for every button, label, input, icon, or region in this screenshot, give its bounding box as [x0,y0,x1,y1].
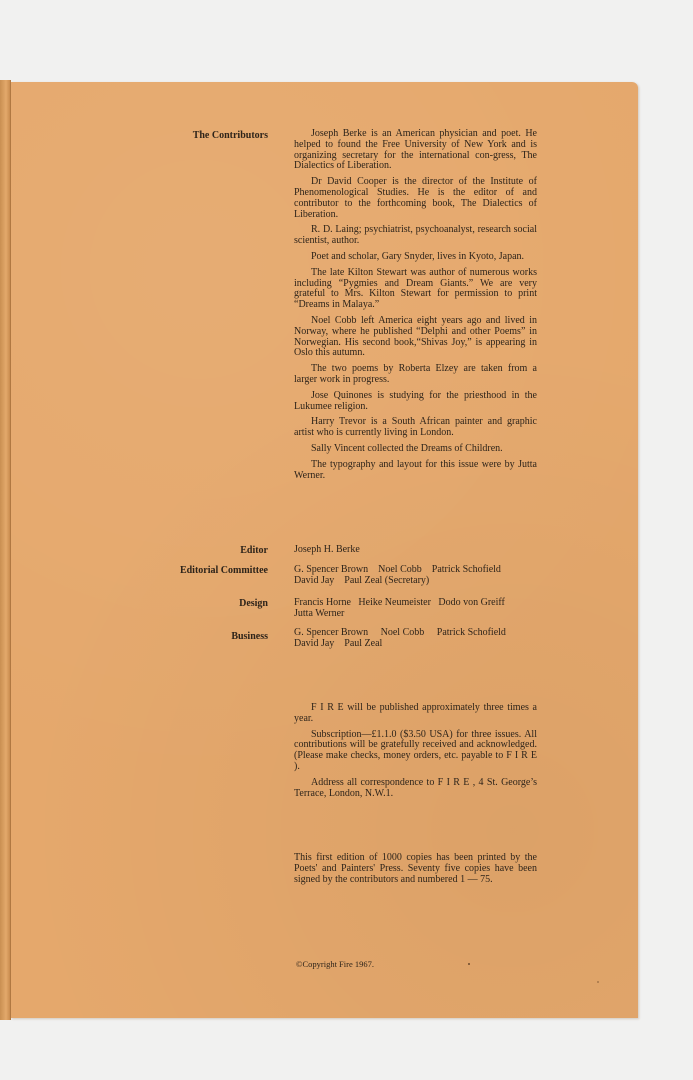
paper-speck [468,963,470,965]
contributor-bio: Poet and scholar, Gary Snyder, lives in … [294,252,537,263]
paper-speck [597,981,599,983]
business-label: Business [231,631,268,642]
contributor-bio: The two poems by Roberta Elzey are taken… [294,364,537,386]
contributor-bio: Harry Trevor is a South African painter … [294,417,537,439]
design-label: Design [239,598,268,609]
contributors-heading: The Contributors [193,130,268,141]
contributor-bio: Jose Quinones is studying for the priest… [294,391,537,413]
magazine-page: The Contributors Joseph Berke is an Amer… [11,82,638,1018]
contributor-bio: Joseph Berke is an American physician an… [294,129,537,172]
contributor-bio: The late Kilton Stewart was author of nu… [294,268,537,311]
contributor-bio: Sally Vincent collected the Dreams of Ch… [294,444,537,455]
credit-line: David Jay Paul Zeal [294,638,506,649]
book-spine [0,80,11,1020]
publication-info: F I R E will be published approximately … [294,703,537,804]
credit-line: Joseph H. Berke [294,544,360,555]
credit-line: Jutta Werner [294,608,505,619]
contributors-section: Joseph Berke is an American physician an… [294,129,537,486]
subscription-paragraph: Subscription—£1.1.0 ($3.50 USA) for thre… [294,730,537,773]
contributor-bio: R. D. Laing; psychiatrist, psychoanalyst… [294,225,537,247]
contributor-bio: Dr David Cooper is the director of the I… [294,177,537,220]
edition-note: This first edition of 1000 copies has be… [294,853,537,885]
editorial-committee-label: Editorial Committee [180,565,268,576]
contributor-bio: Noel Cobb left America eight years ago a… [294,316,537,359]
editor-label: Editor [240,545,268,556]
contributor-bio: The typography and layout for this issue… [294,460,537,482]
business-names: G. Spencer Brown Noel Cobb Patrick Schof… [294,627,506,649]
credit-line: G. Spencer Brown Noel Cobb Patrick Schof… [294,564,501,575]
copyright-notice: ©Copyright Fire 1967. [296,959,374,969]
credit-line: David Jay Paul Zeal (Secretary) [294,575,501,586]
publication-paragraph: F I R E will be published approximately … [294,703,537,725]
address-paragraph: Address all correspondence to F I R E , … [294,778,537,800]
credit-line: G. Spencer Brown Noel Cobb Patrick Schof… [294,627,506,638]
design-names: Francis Horne Heike Neumeister Dodo von … [294,597,505,619]
editorial-committee-names: G. Spencer Brown Noel Cobb Patrick Schof… [294,564,501,586]
credit-line: Francis Horne Heike Neumeister Dodo von … [294,597,505,608]
editor-names: Joseph H. Berke [294,544,360,555]
